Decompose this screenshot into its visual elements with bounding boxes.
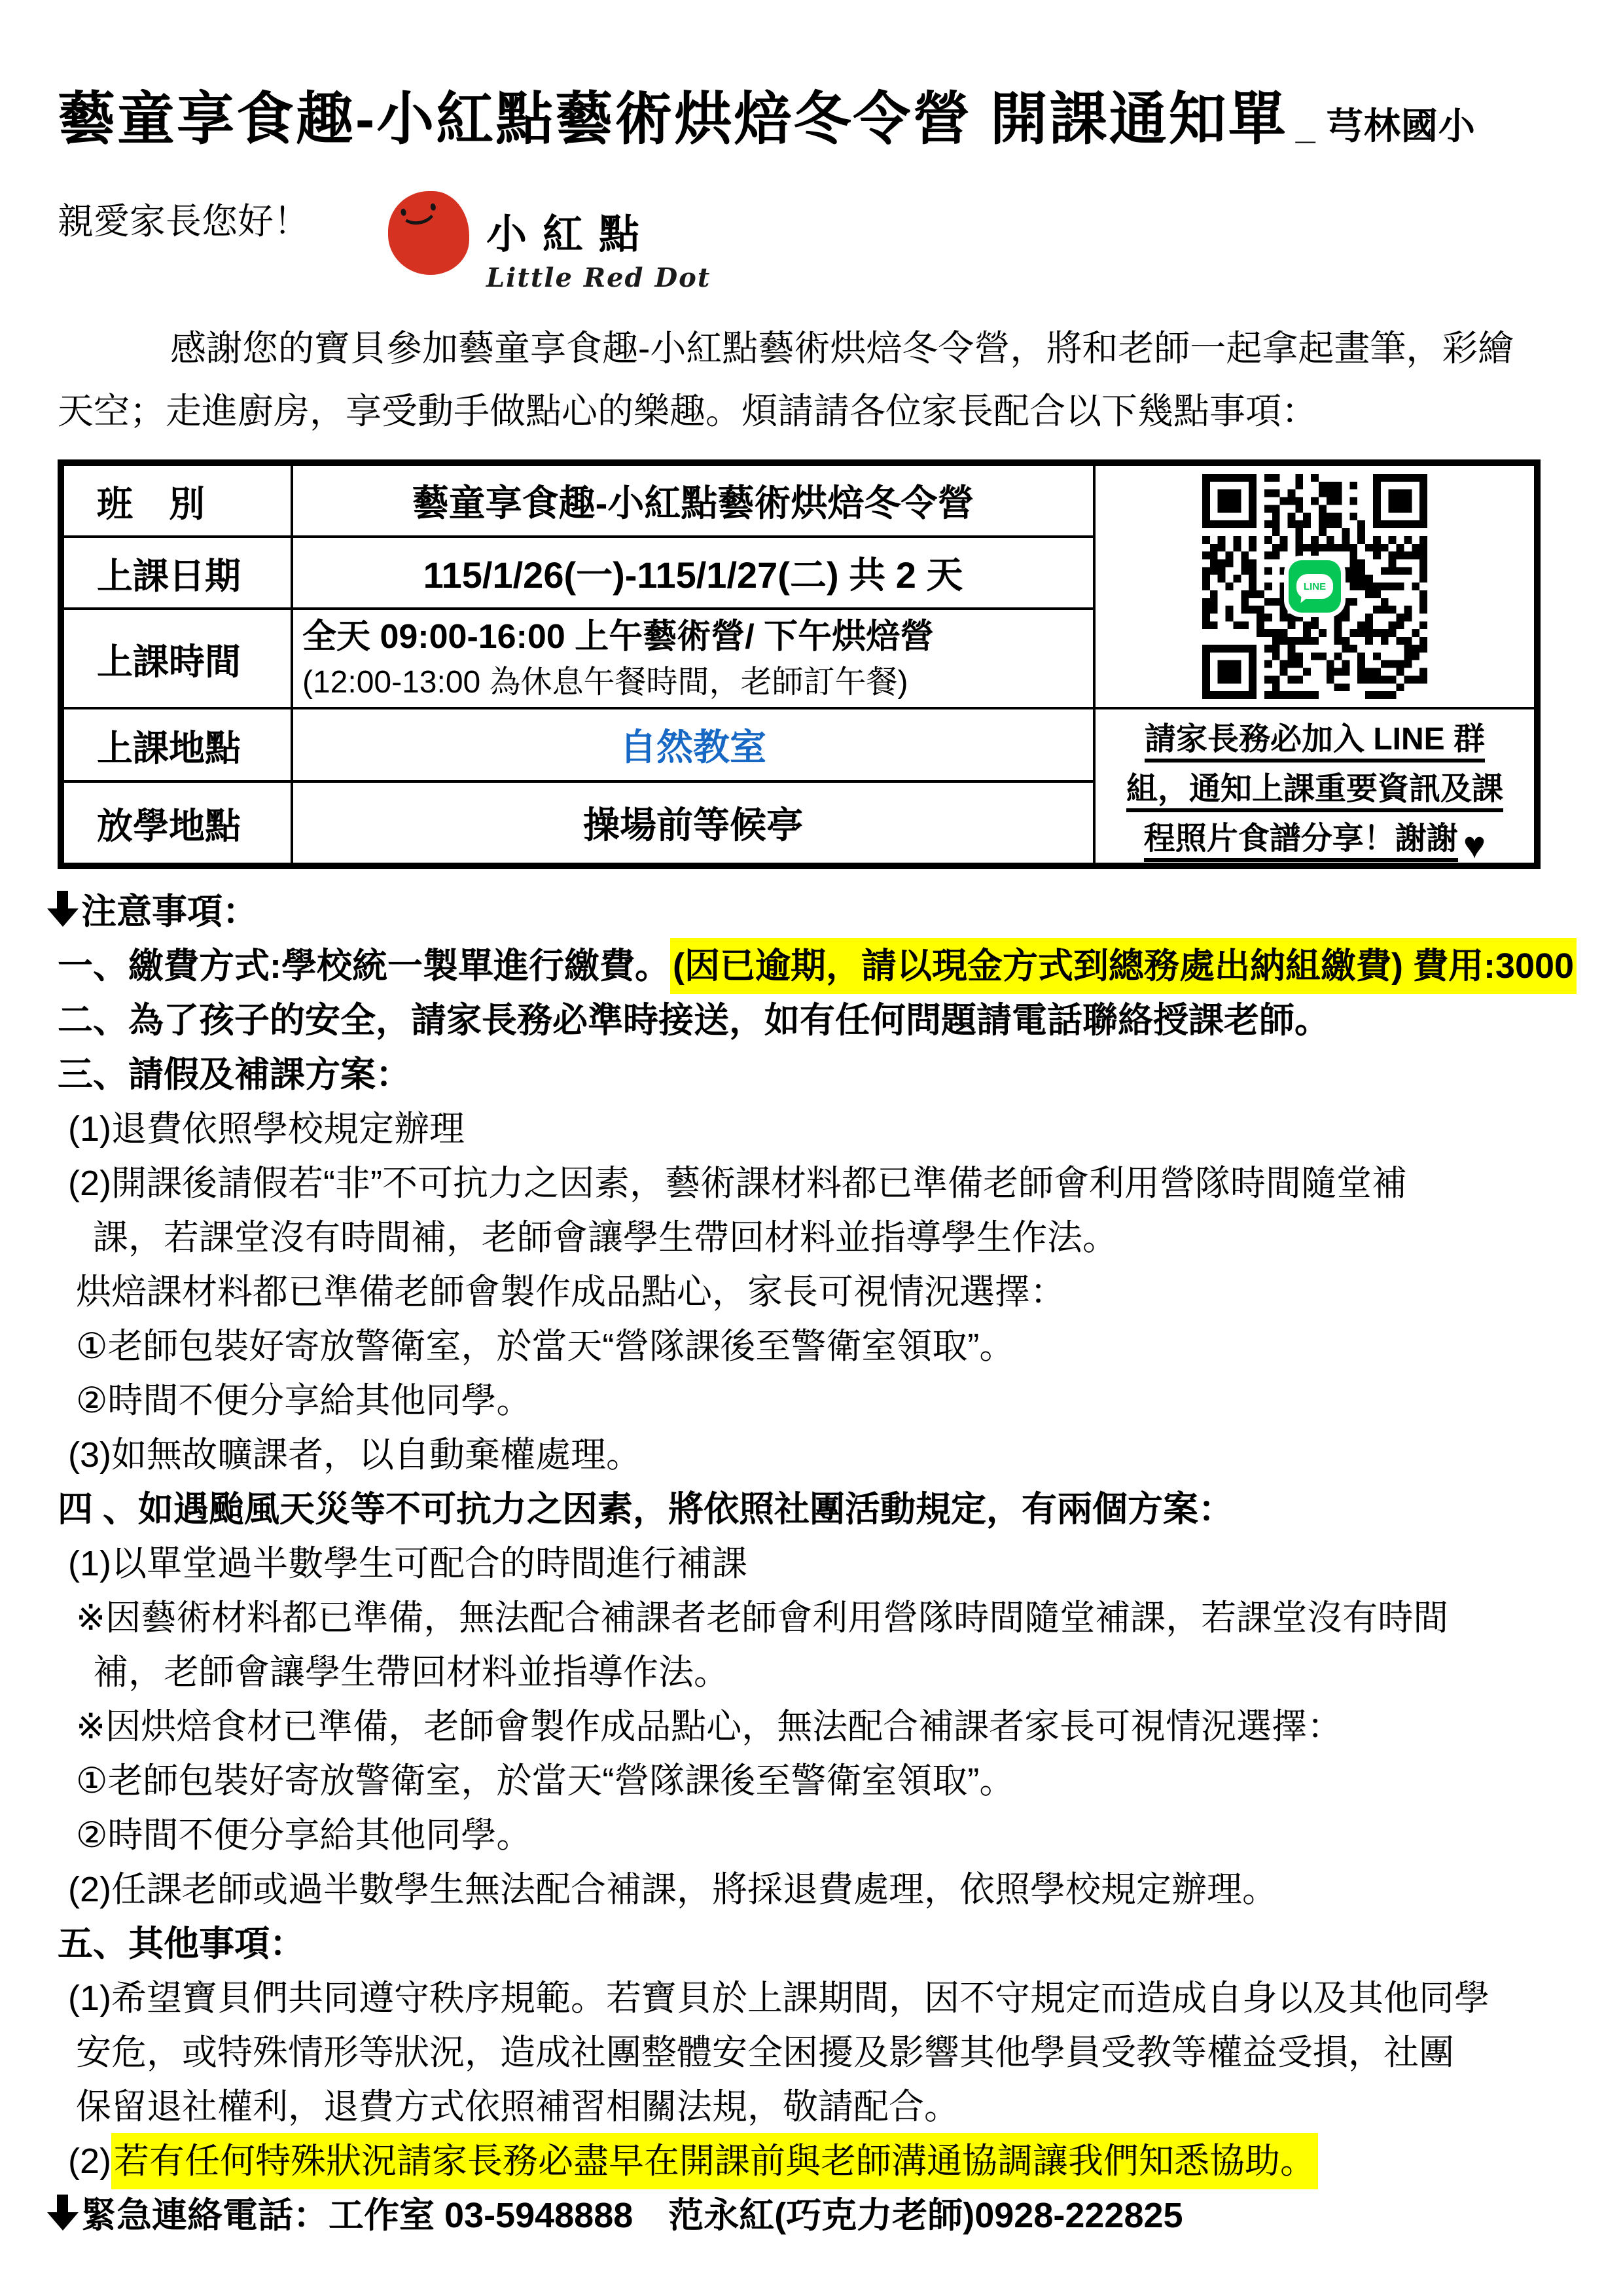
heart-icon: ♥	[1463, 824, 1486, 863]
red-dot-icon	[388, 191, 469, 275]
note-line: ①老師包裝好寄放警衛室，於當天“營隊課後至警衛室領取”。	[58, 1319, 1565, 1374]
payment-highlight: (因已逾期，請以現金方式到總務處出納組繳費) 費用:3000	[670, 938, 1577, 994]
note-item-3-title: 三、請假及補課方案：	[58, 1048, 1565, 1102]
title-school: 芎林國小	[1327, 105, 1476, 147]
note-line: (2)任課老師或過半數學生無法配合補課，將採退費處理，依照學校規定辦理。	[58, 1863, 1565, 1917]
down-arrow-icon	[46, 889, 80, 929]
table-value-time: 全天 09:00-16:00 上午藝術營/ 下午烘焙營 (12:00-13:00…	[293, 610, 1096, 709]
note-line: 課，若課堂沒有時間補，老師會讓學生帶回材料並指導學生作法。	[58, 1211, 1565, 1265]
line-note-line: 組，通知上課重要資訊及課	[1126, 772, 1503, 812]
notes-heading: 注意事項：	[58, 885, 1565, 939]
note-line: (1)希望寶貝們共同遵守秩序規範。若寶貝於上課期間，因不守規定而造成自身以及其他…	[58, 1971, 1565, 2026]
note-item-2: 二、為了孩子的安全，請家長務必準時接送，如有任何問題請電話聯絡授課老師。	[58, 994, 1565, 1048]
note-line: (1)退費依照學校規定辦理	[58, 1102, 1565, 1157]
down-arrow-icon	[46, 2193, 80, 2233]
note-line: 安危，或特殊情形等狀況，造成社團整體安全困擾及影響其他學員受教等權益受損，社團	[58, 2026, 1565, 2080]
note-item-5-title: 五、其他事項：	[58, 1917, 1565, 1971]
table-value-dismissal: 操場前等候亭	[293, 783, 1096, 863]
line-app-icon: LINE	[1284, 556, 1346, 617]
table-label-dismissal: 放學地點	[64, 783, 293, 863]
note-line: ①老師包裝好寄放警衛室，於當天“營隊課後至警衛室領取”。	[58, 1754, 1565, 1808]
table-label-class: 班 別	[64, 466, 293, 538]
line-logo-text: LINE	[1304, 581, 1326, 592]
table-value-location: 自然教室	[293, 709, 1096, 783]
qr-cell: LINE	[1096, 466, 1534, 709]
course-info-table: 班 別 藝童享食趣-小紅點藝術烘焙冬令營 LINE 上課日期 115/1/26(…	[58, 459, 1541, 869]
note-line: ※因藝術材料都已準備，無法配合補課者老師會利用營隊時間隨堂補課，若課堂沒有時間	[58, 1591, 1565, 1645]
intro-line: 天空；走進廚房，享受動手做點心的樂趣。煩請請各位家長配合以下幾點事項：	[58, 380, 1565, 442]
note-line: (3)如無故曠課者，以自動棄權處理。	[58, 1428, 1565, 1482]
time-line-2: (12:00-13:00 為休息午餐時間，老師訂午餐)	[302, 661, 908, 704]
line-group-note: 請家長務必加入 LINE 群 組，通知上課重要資訊及課 程照片食譜分享！謝謝♥	[1096, 709, 1534, 863]
page-title: 藝童享食趣-小紅點藝術烘焙冬令營 開課通知單_芎林國小	[58, 0, 1565, 156]
table-value-class: 藝童享食趣-小紅點藝術烘焙冬令營	[293, 466, 1096, 538]
emergency-contact: 緊急連絡電話：工作室 03-5948888 范永紅(巧克力老師)0928-222…	[58, 2189, 1565, 2243]
note-line: ②時間不便分享給其他同學。	[58, 1808, 1565, 1863]
line-note-line: 請家長務必加入 LINE 群	[1145, 722, 1485, 762]
greeting-text: 親愛家長您好！	[58, 182, 310, 244]
special-case-highlight: 若有任何特殊狀況請家長務必盡早在開課前與老師溝通協調讓我們知悉協助。	[111, 2133, 1318, 2189]
intro-paragraph: 感謝您的寶貝參加藝童享食趣-小紅點藝術烘焙冬令營，將和老師一起拿起畫筆，彩繪 天…	[58, 317, 1565, 442]
time-line-1: 全天 09:00-16:00 上午藝術營/ 下午烘焙營	[302, 613, 934, 661]
table-value-date: 115/1/26(一)-115/1/27(二) 共 2 天	[293, 538, 1096, 610]
title-separator: _	[1296, 107, 1317, 147]
smiley-face-icon	[398, 202, 447, 238]
table-label-date: 上課日期	[64, 538, 293, 610]
note-line: (2)開課後請假若“非”不可抗力之因素，藝術課材料都已準備老師會利用營隊時間隨堂…	[58, 1157, 1565, 1211]
note-item-1: 一、繳費方式:學校統一製單進行繳費。(因已逾期，請以現金方式到總務處出納組繳費)…	[58, 939, 1565, 994]
table-label-location: 上課地點	[64, 709, 293, 783]
title-main: 藝童享食趣-小紅點藝術烘焙冬令營 開課通知單	[58, 86, 1288, 151]
note-line: ②時間不便分享給其他同學。	[58, 1374, 1565, 1428]
note-line: (1)以單堂過半數學生可配合的時間進行補課	[58, 1537, 1565, 1591]
note-line: 烘焙課材料都已準備老師會製作成品點心，家長可視情況選擇：	[58, 1265, 1565, 1319]
notes-section: 注意事項： 一、繳費方式:學校統一製單進行繳費。(因已逾期，請以現金方式到總務處…	[58, 885, 1565, 2243]
logo-subtitle: Little Red Dot	[486, 262, 711, 293]
note-item-5-2: (2)若有任何特殊狀況請家長務必盡早在開課前與老師溝通協調讓我們知悉協助。	[58, 2134, 1565, 2189]
logo-name: 小紅點	[486, 202, 711, 260]
greeting-row: 親愛家長您好！ 小紅點 Little Red Dot	[58, 182, 1565, 313]
little-red-dot-logo: 小紅點 Little Red Dot	[388, 182, 711, 293]
line-note-line: 程照片食譜分享！謝謝	[1144, 821, 1458, 862]
table-label-time: 上課時間	[64, 610, 293, 709]
note-line: ※因烘焙食材已準備，老師會製作成品點心，無法配合補課者家長可視情況選擇：	[58, 1700, 1565, 1754]
note-line: 保留退社權利，退費方式依照補習相關法規，敬請配合。	[58, 2080, 1565, 2134]
qr-code: LINE	[1202, 474, 1427, 699]
note-item-4-title: 四 、如遇颱風天災等不可抗力之因素，將依照社團活動規定，有兩個方案：	[58, 1482, 1565, 1537]
notice-document: 藝童享食趣-小紅點藝術烘焙冬令營 開課通知單_芎林國小 親愛家長您好！ 小紅點 …	[0, 0, 1623, 2296]
note-line: 補，老師會讓學生帶回材料並指導作法。	[58, 1645, 1565, 1700]
intro-line: 感謝您的寶貝參加藝童享食趣-小紅點藝術烘焙冬令營，將和老師一起拿起畫筆，彩繪	[58, 317, 1565, 380]
